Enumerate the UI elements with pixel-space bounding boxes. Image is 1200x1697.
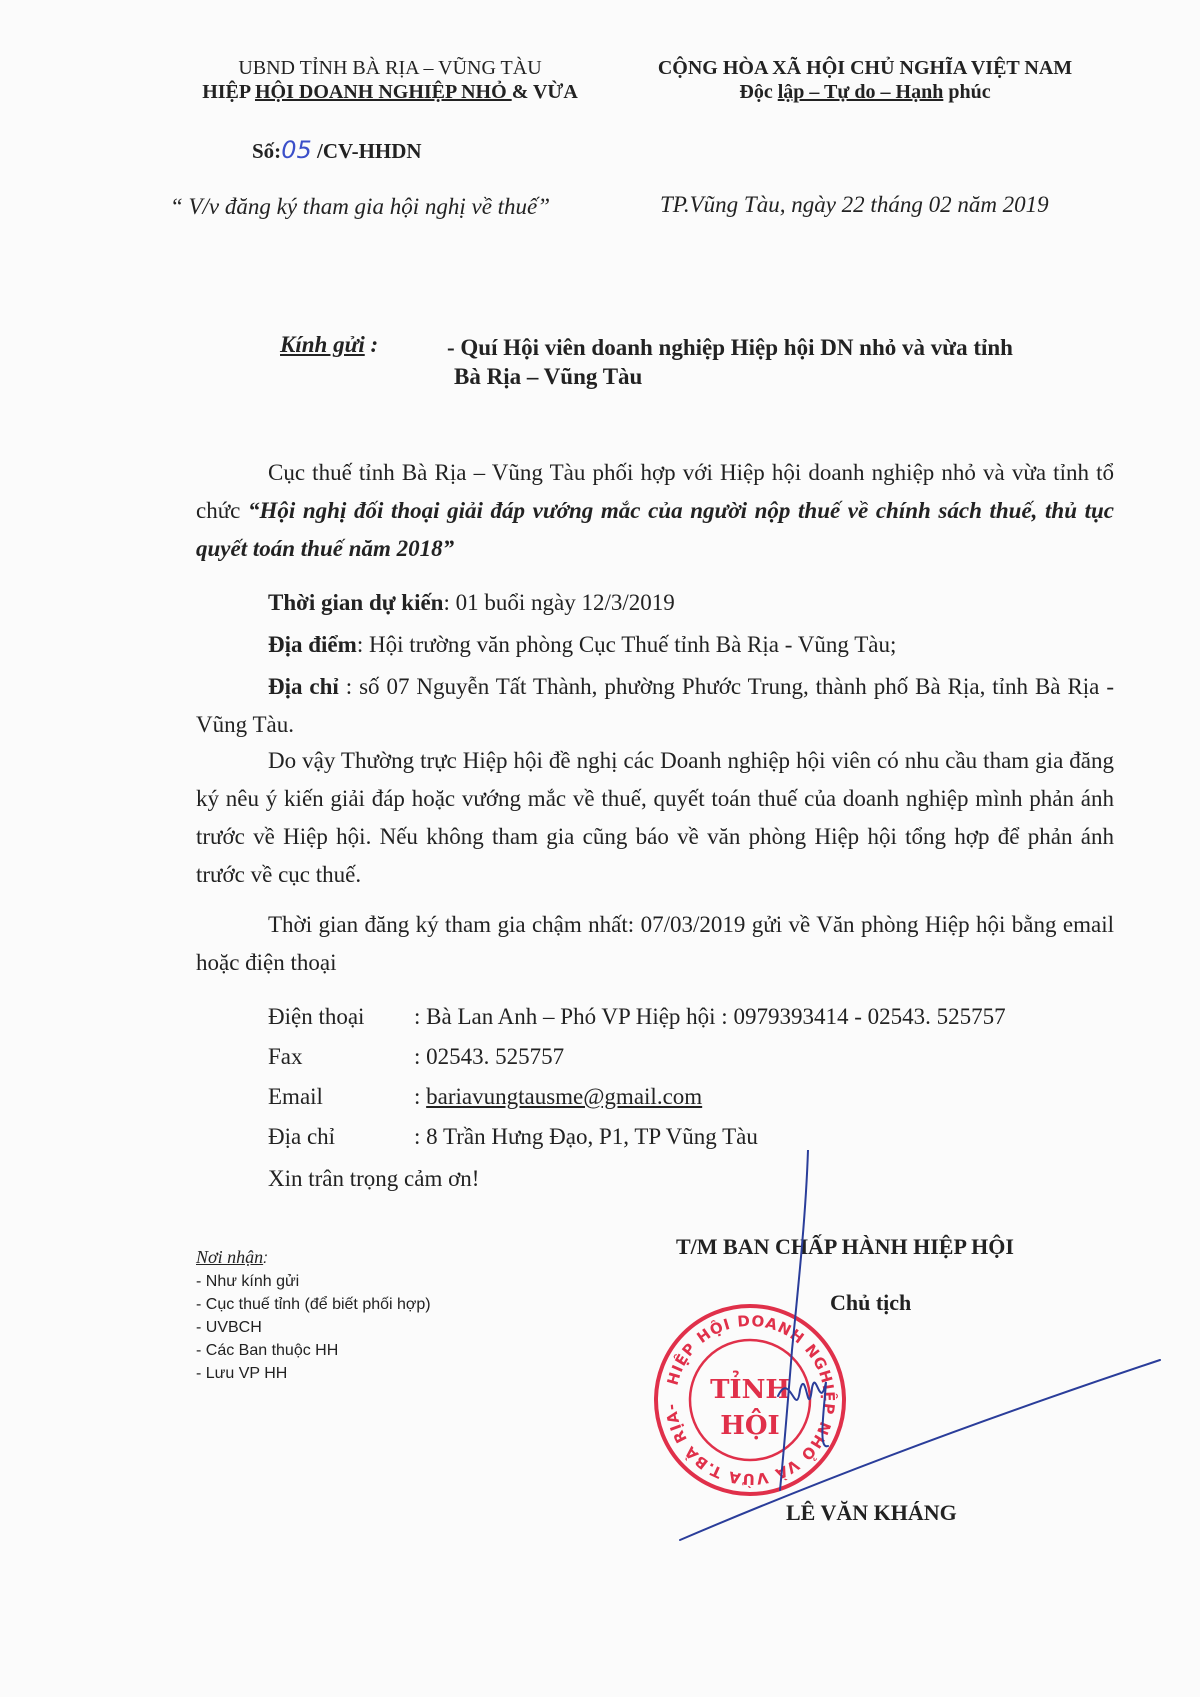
national-header: CỘNG HÒA XÃ HỘI CHỦ NGHĨA VIỆT NAM Độc l… <box>620 56 1110 104</box>
venue-line: Địa điểm: Hội trường văn phòng Cục Thuế … <box>196 626 1114 664</box>
official-seal-icon: HIỆP HỘI DOANH NGHIỆP NHỎ VÀ VỪA T.BÀ RỊ… <box>650 1300 850 1500</box>
place-date: TP.Vũng Tàu, ngày 22 tháng 02 năm 2019 <box>660 192 1049 218</box>
receiver-item: - Cục thuế tỉnh (để biết phối hợp) <box>196 1293 431 1316</box>
svg-text:HỘI: HỘI <box>720 1407 779 1441</box>
receiver-item: - Các Ban thuộc HH <box>196 1339 431 1362</box>
document-number: Số:05 /CV-HHDN <box>252 136 422 164</box>
signer-organization: T/M BAN CHẤP HÀNH HIỆP HỘI <box>676 1234 1014 1260</box>
handwritten-number: 05 <box>281 136 312 164</box>
contact-address: Địa chỉ: 8 Trần Hưng Đạo, P1, TP Vũng Tà… <box>268 1124 758 1150</box>
intro-paragraph: Cục thuế tỉnh Bà Rịa – Vũng Tàu phối hợp… <box>196 454 1114 568</box>
issuer-header: UBND TỈNH BÀ RỊA – VŨNG TÀU HIỆP HỘI DOA… <box>150 56 630 104</box>
recipient-line-2: Bà Rịa – Vũng Tàu <box>454 364 642 390</box>
request-paragraph: Do vậy Thường trực Hiệp hội đề nghị các … <box>196 742 1114 894</box>
national-motto: Độc lập – Tự do – Hạnh phúc <box>620 80 1110 104</box>
receiver-item: - Như kính gửi <box>196 1270 431 1293</box>
email-link[interactable]: bariavungtausme@gmail.com <box>426 1084 702 1109</box>
issuer-authority: UBND TỈNH BÀ RỊA – VŨNG TÀU <box>150 56 630 80</box>
contact-phone: Điện thoại: Bà Lan Anh – Phó VP Hiệp hội… <box>268 1004 1006 1030</box>
signer-name: LÊ VĂN KHÁNG <box>786 1500 957 1526</box>
issuer-organization: HIỆP HỘI DOANH NGHIỆP NHỎ & VỪA <box>150 80 630 104</box>
deadline-paragraph: Thời gian đăng ký tham gia chậm nhất: 07… <box>196 906 1114 982</box>
receivers-list: Nơi nhận: - Như kính gửi - Cục thuế tỉnh… <box>196 1246 431 1385</box>
conference-title: “Hội nghị đối thoại giải đáp vướng mắc c… <box>196 498 1114 561</box>
national-title: CỘNG HÒA XÃ HỘI CHỦ NGHĨA VIỆT NAM <box>620 56 1110 80</box>
receivers-title: Nơi nhận: <box>196 1246 431 1270</box>
closing-line: Xin trân trọng cảm ơn! <box>268 1166 479 1192</box>
recipient-label: Kính gửi : <box>280 332 378 358</box>
svg-text:TỈNH: TỈNH <box>710 1370 790 1405</box>
recipient-line-1: - Quí Hội viên doanh nghiệp Hiệp hội DN … <box>447 332 1013 364</box>
document-subject: “ V/v đăng ký tham gia hội nghị về thuế” <box>160 192 560 222</box>
contact-fax: Fax: 02543. 525757 <box>268 1044 564 1070</box>
time-line: Thời gian dự kiến: 01 buổi ngày 12/3/201… <box>196 584 1114 622</box>
receiver-item: - Lưu VP HH <box>196 1362 431 1385</box>
contact-email: Email: bariavungtausme@gmail.com <box>268 1084 702 1110</box>
address-line: Địa chỉ : số 07 Nguyễn Tất Thành, phường… <box>196 668 1114 744</box>
receiver-item: - UVBCH <box>196 1316 431 1339</box>
